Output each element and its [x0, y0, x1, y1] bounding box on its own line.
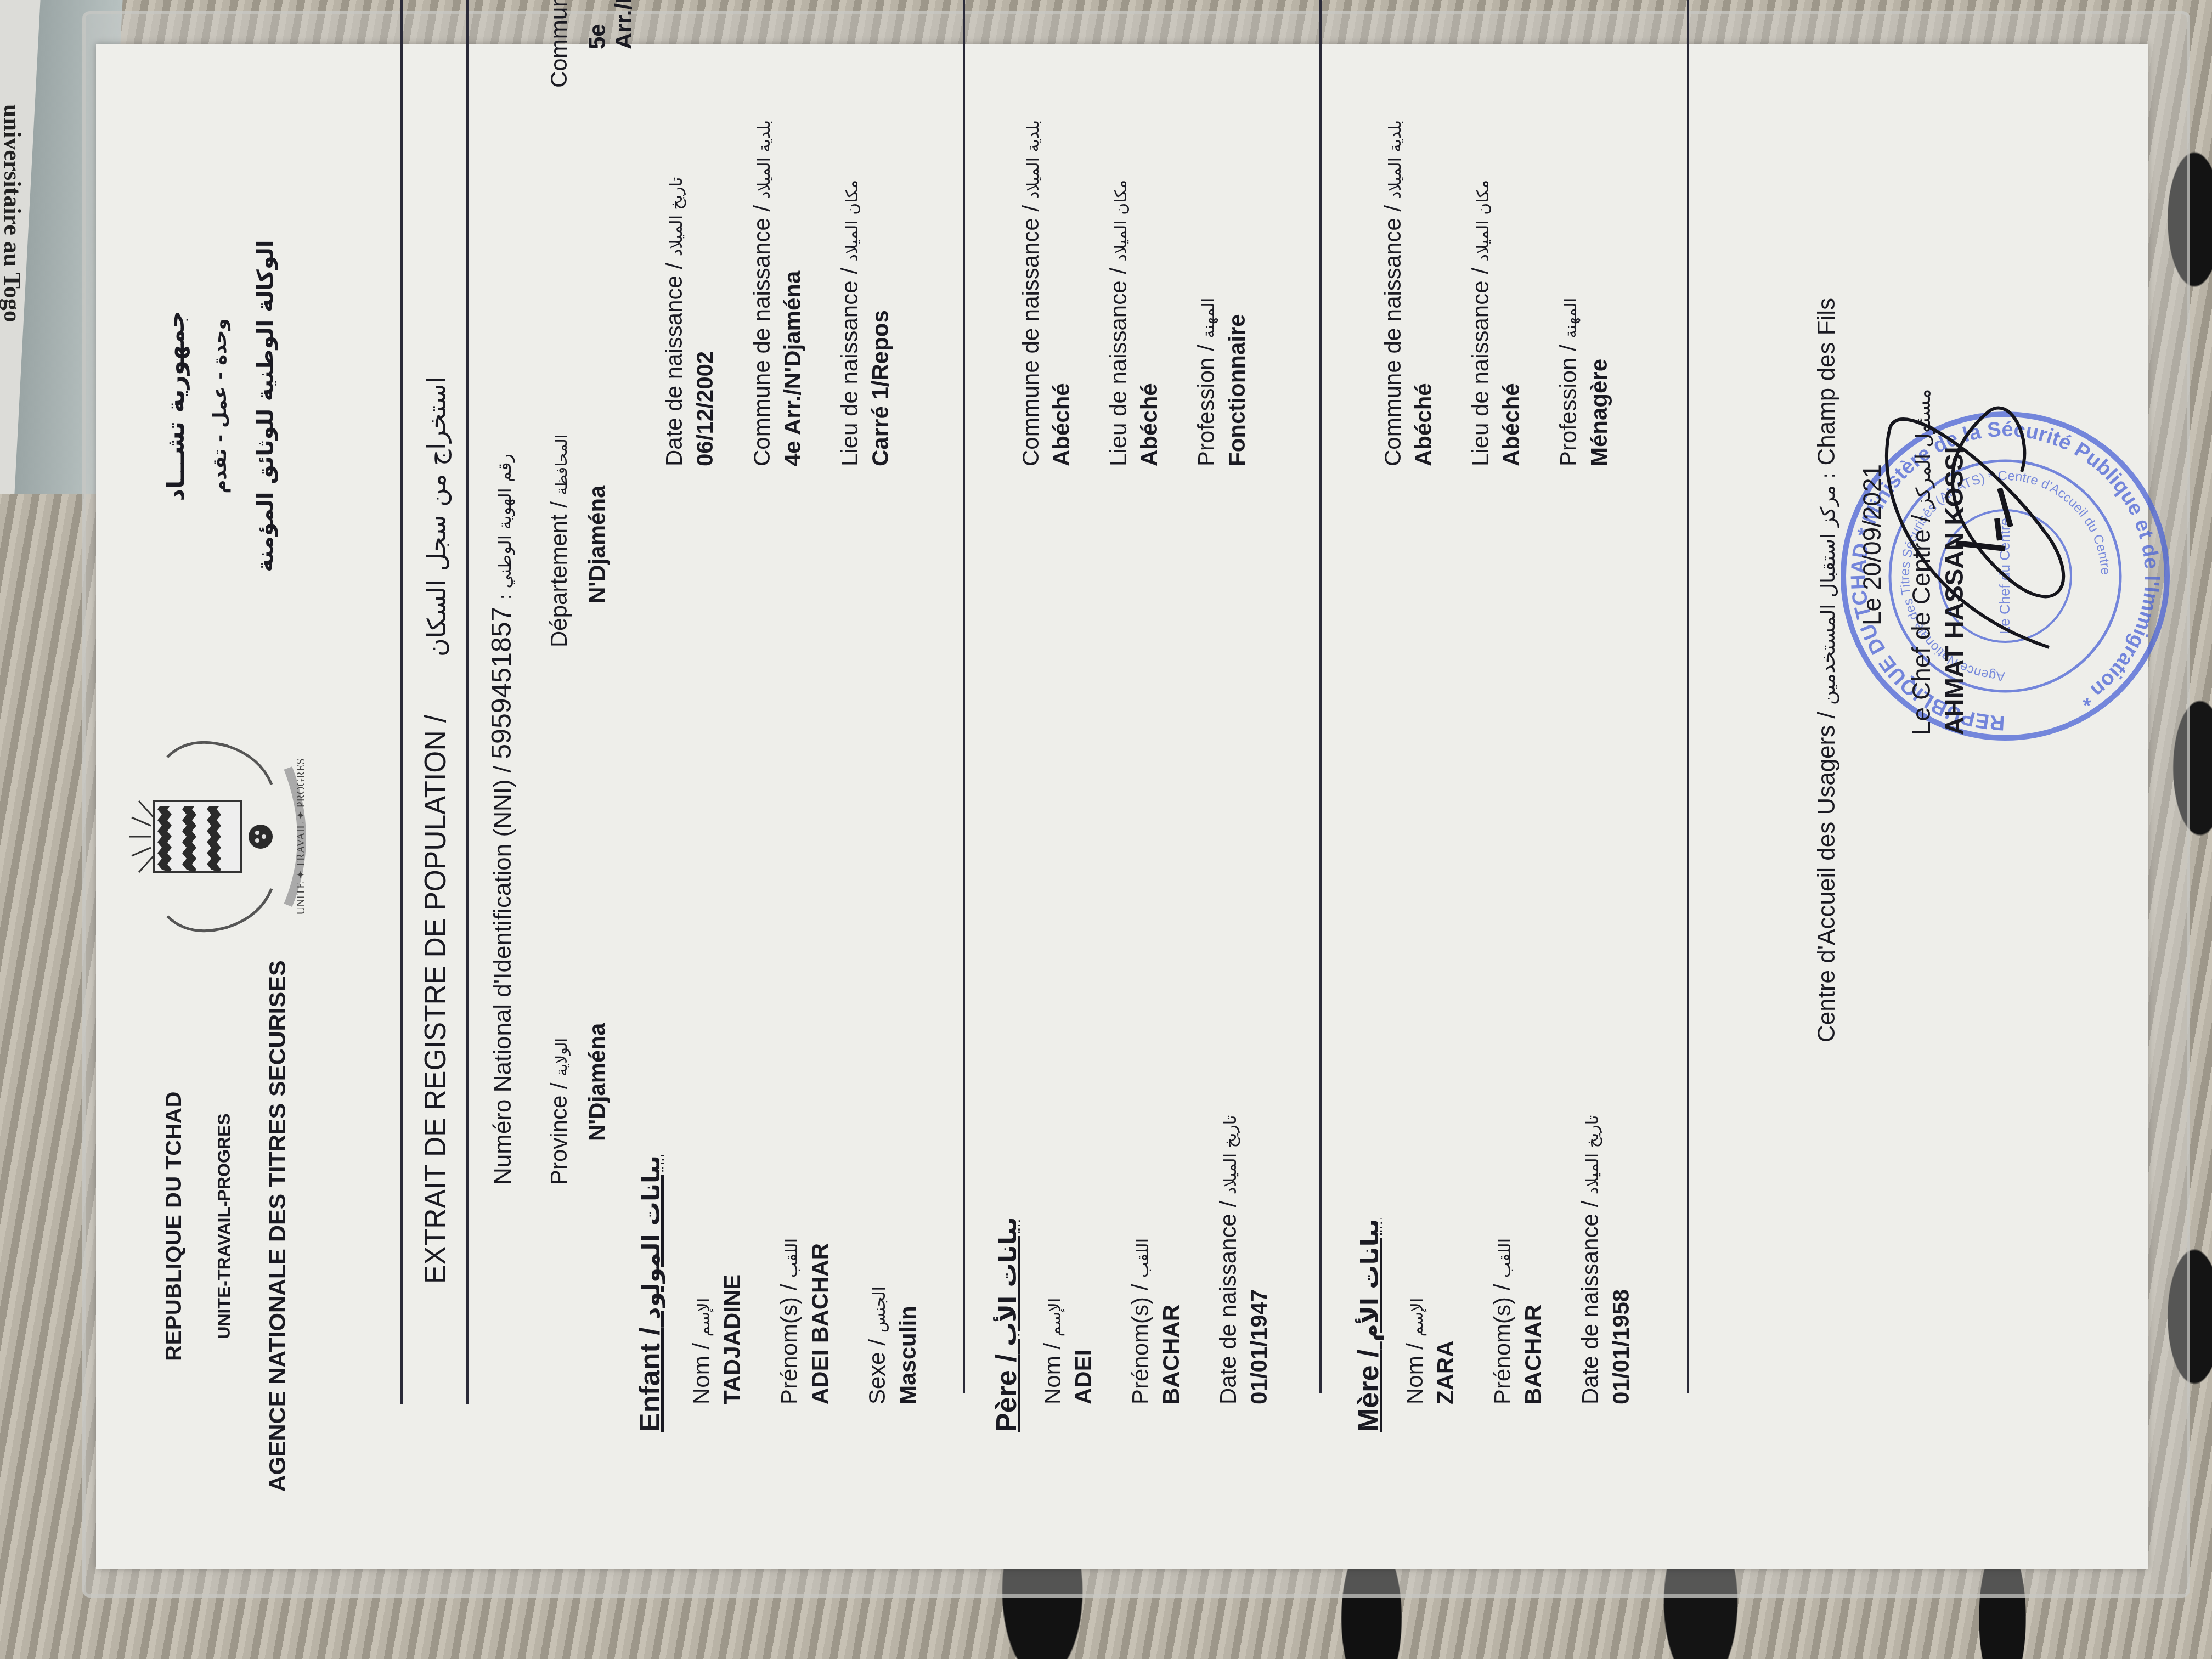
section-mere-title: Mère / بيانات الأم [1352, 1219, 1385, 1432]
enfant-date-value: 06/12/2002 [692, 177, 718, 466]
section-divider-1 [963, 0, 965, 1393]
title-rule-top [400, 0, 403, 1404]
pere-profession: Profession / المهنة Fonctionnaire [1193, 298, 1250, 466]
section-enfant-title: Enfant / بيانات المولود [634, 1155, 667, 1432]
section-enfant-title-fr: Enfant / [634, 1327, 666, 1432]
pere-nom-label-ar: الإسم [1046, 1298, 1065, 1337]
mere-prenoms: Prénom(s) / اللقب BACHAR [1489, 1238, 1547, 1404]
mere-lieu-value: Abéché [1498, 180, 1525, 466]
mere-date-value: 01/01/1958 [1608, 1115, 1634, 1404]
mere-profession-value: Ménagère [1586, 298, 1612, 466]
pere-date-value: 01/01/1947 [1246, 1115, 1272, 1404]
mere-prenoms-label-ar: اللقب [1496, 1238, 1515, 1278]
province-label-fr: Province / [546, 1082, 572, 1185]
commune-field: Commune / البلدية 5e Arr./N'Djaména [546, 0, 637, 88]
motto-fr: UNITE-TRAVAIL-PROGRES [214, 883, 234, 1569]
pere-commune-naissance: Commune de naissance / بلدية الميلاد Abé… [1018, 120, 1075, 466]
paper: REPUBLIQUE DU TCHAD UNITE-TRAVAIL-PROGRE… [96, 44, 2148, 1569]
section-enfant-title-ar: بيانات المولود [637, 1155, 665, 1319]
enfant-commune-label-ar: بلدية الميلاد [755, 120, 774, 199]
section-pere-title-fr: Père / [991, 1354, 1023, 1432]
pere-nom-label-fr: Nom / [1040, 1343, 1065, 1404]
pere-lieu-value: Abéché [1136, 180, 1163, 466]
pere-profession-value: Fonctionnaire [1224, 298, 1250, 466]
document-title-fr: EXTRAIT DE REGISTRE DE POPULATION / [417, 715, 453, 1284]
emblem-motto: UNITE ✦ TRAVAIL ✦ PROGRES [295, 758, 307, 915]
pere-prenoms-label-fr: Prénom(s) / [1127, 1284, 1153, 1404]
mere-nom-label-fr: Nom / [1402, 1343, 1427, 1404]
pere-lieu-naissance: Lieu de naissance / مكان الميلاد Abéché [1105, 180, 1163, 466]
mere-date-label-ar: تاريخ الميلاد [1583, 1115, 1602, 1194]
commune-label-fr: Commune / [546, 0, 572, 88]
pere-commune-label-ar: بلدية الميلاد [1024, 120, 1043, 199]
mere-prenoms-value: BACHAR [1520, 1238, 1547, 1404]
departement-field: Département / المحافظة N'Djaména [546, 435, 611, 647]
mere-date-label-fr: Date de naissance / [1577, 1201, 1603, 1404]
pere-date-label-fr: Date de naissance / [1215, 1201, 1241, 1404]
departement-value: N'Djaména [584, 435, 611, 603]
mere-lieu-label-ar: مكان الميلاد [1474, 180, 1493, 261]
pere-profession-label-ar: المهنة [1199, 298, 1218, 338]
enfant-date-naissance: Date de naissance / تاريخ الميلاد 06/12/… [661, 177, 718, 466]
section-mere-title-ar: بيانات الأم [1356, 1219, 1384, 1342]
background-paper-text: universitaire au Togo [0, 104, 26, 323]
agency-name-fr: AGENCE NATIONALE DES TITRES SECURISES [264, 883, 291, 1569]
mere-nom-value: ZARA [1432, 1298, 1459, 1404]
centre-label-fr: Centre d'Accueil des Usagers / [1813, 712, 1840, 1042]
enfant-nom-label-ar: الإسم [695, 1298, 714, 1337]
agency-name-ar: الوكالة الوطنية للوثائق المؤمنة [253, 77, 278, 735]
enfant-nom: Nom / الإسم TADJADINE [689, 1274, 746, 1404]
mere-commune-value: Abéché [1410, 120, 1437, 466]
mere-profession-label-ar: المهنة [1561, 298, 1581, 338]
pere-nom-value: ADEI [1070, 1298, 1097, 1404]
enfant-sexe-value: Masculin [895, 1286, 921, 1404]
enfant-prenoms-value: ADEI BACHAR [807, 1238, 833, 1404]
pere-prenoms: Prénom(s) / اللقب BACHAR [1127, 1238, 1184, 1404]
enfant-lieu-naissance: Lieu de naissance / مكان الميلاد Carré 1… [837, 180, 894, 466]
mere-date-naissance: Date de naissance / تاريخ الميلاد 01/01/… [1577, 1115, 1634, 1404]
section-mere-title-fr: Mère / [1353, 1350, 1385, 1432]
enfant-sexe-label-fr: Sexe / [864, 1339, 890, 1404]
enfant-lieu-value: Carré 1/Repos [867, 180, 894, 466]
coat-of-arms-icon: UNITE ✦ TRAVAIL ✦ PROGRES [123, 719, 321, 955]
mere-lieu-naissance: Lieu de naissance / مكان الميلاد Abéché [1468, 180, 1525, 466]
pere-date-naissance: Date de naissance / تاريخ الميلاد 01/01/… [1215, 1115, 1272, 1404]
enfant-commune-label-fr: Commune de naissance / [749, 205, 775, 466]
pere-prenoms-label-ar: اللقب [1133, 1238, 1153, 1278]
pere-commune-label-fr: Commune de naissance / [1018, 205, 1043, 466]
header-french: REPUBLIQUE DU TCHAD UNITE-TRAVAIL-PROGRE… [162, 883, 291, 1569]
commune-value: 5e Arr./N'Djaména [584, 0, 637, 49]
document-page: REPUBLIQUE DU TCHAD UNITE-TRAVAIL-PROGRE… [96, 44, 2148, 1569]
section-pere-title-ar: بيانات الأب [994, 1217, 1022, 1346]
enfant-nom-value: TADJADINE [719, 1274, 746, 1404]
mere-commune-naissance: Commune de naissance / بلدية الميلاد Abé… [1380, 120, 1437, 466]
pere-commune-value: Abéché [1048, 120, 1075, 466]
pere-prenoms-value: BACHAR [1158, 1238, 1184, 1404]
enfant-commune-naissance: Commune de naissance / بلدية الميلاد 4e … [749, 120, 806, 466]
mere-lieu-label-fr: Lieu de naissance / [1468, 268, 1493, 466]
section-pere-title: Père / بيانات الأب [990, 1217, 1023, 1432]
republic-name-fr: REPUBLIQUE DU TCHAD [162, 883, 187, 1569]
nni-label-fr: Numéro National d'Identification (NNI) / [489, 766, 516, 1185]
pere-lieu-label-ar: مكان الميلاد [1111, 180, 1131, 261]
enfant-prenoms-label-fr: Prénom(s) / [776, 1284, 802, 1404]
enfant-prenoms-label-ar: اللقب [782, 1238, 802, 1278]
mere-commune-label-ar: بلدية الميلاد [1386, 120, 1405, 199]
enfant-lieu-label-fr: Lieu de naissance / [837, 268, 862, 466]
province-value: N'Djaména [584, 1023, 611, 1141]
enfant-sexe-label-ar: الجنس [870, 1286, 889, 1333]
document-title: EXTRAIT DE REGISTRE DE POPULATION / استخ… [417, 0, 453, 1284]
nni-row: Numéro National d'Identification (NNI) /… [486, 454, 517, 1185]
section-divider-2 [1319, 0, 1322, 1393]
mere-commune-label-fr: Commune de naissance / [1380, 205, 1406, 466]
motto-ar: وحدة - عمل - تقدم [209, 77, 231, 735]
enfant-date-label-ar: تاريخ الميلاد [667, 177, 686, 256]
pere-lieu-label-fr: Lieu de naissance / [1105, 268, 1131, 466]
republic-name-ar: جمهورية تشـــاد [162, 77, 190, 735]
enfant-date-label-fr: Date de naissance / [661, 263, 687, 466]
document-title-ar: استخراج من سجل السكان [422, 377, 452, 657]
pere-date-label-ar: تاريخ الميلاد [1221, 1115, 1240, 1194]
signature-icon [1868, 384, 2098, 669]
pere-nom: Nom / الإسم ADEI [1040, 1298, 1097, 1404]
mere-profession: Profession / المهنة Ménagère [1555, 298, 1612, 466]
nni-label-ar: رقم الهوية الوطني : [494, 454, 515, 600]
title-rule-bottom [466, 0, 469, 1404]
enfant-commune-value: 4e Arr./N'Djaména [780, 120, 806, 466]
departement-label-ar: المحافظة [552, 435, 571, 495]
header-arabic: جمهورية تشـــاد وحدة - عمل - تقدم الوكال… [162, 77, 278, 735]
nni-value: 5959451857 [486, 607, 517, 759]
mere-nom-label-ar: الإسم [1408, 1298, 1427, 1337]
enfant-sexe: Sexe / الجنس Masculin [864, 1286, 921, 1404]
province-label-ar: الولاية [552, 1038, 571, 1076]
enfant-nom-label-fr: Nom / [689, 1343, 714, 1404]
mere-prenoms-label-fr: Prénom(s) / [1489, 1284, 1515, 1404]
departement-label-fr: Département / [546, 501, 572, 647]
enfant-prenoms: Prénom(s) / اللقب ADEI BACHAR [776, 1238, 833, 1404]
mere-profession-label-fr: Profession / [1555, 345, 1581, 466]
province-field: Province / الولاية N'Djaména [546, 1023, 611, 1185]
section-divider-3 [1687, 0, 1689, 1393]
pere-profession-label-fr: Profession / [1193, 345, 1219, 466]
mere-nom: Nom / الإسم ZARA [1402, 1298, 1459, 1404]
enfant-lieu-label-ar: مكان الميلاد [843, 180, 862, 261]
